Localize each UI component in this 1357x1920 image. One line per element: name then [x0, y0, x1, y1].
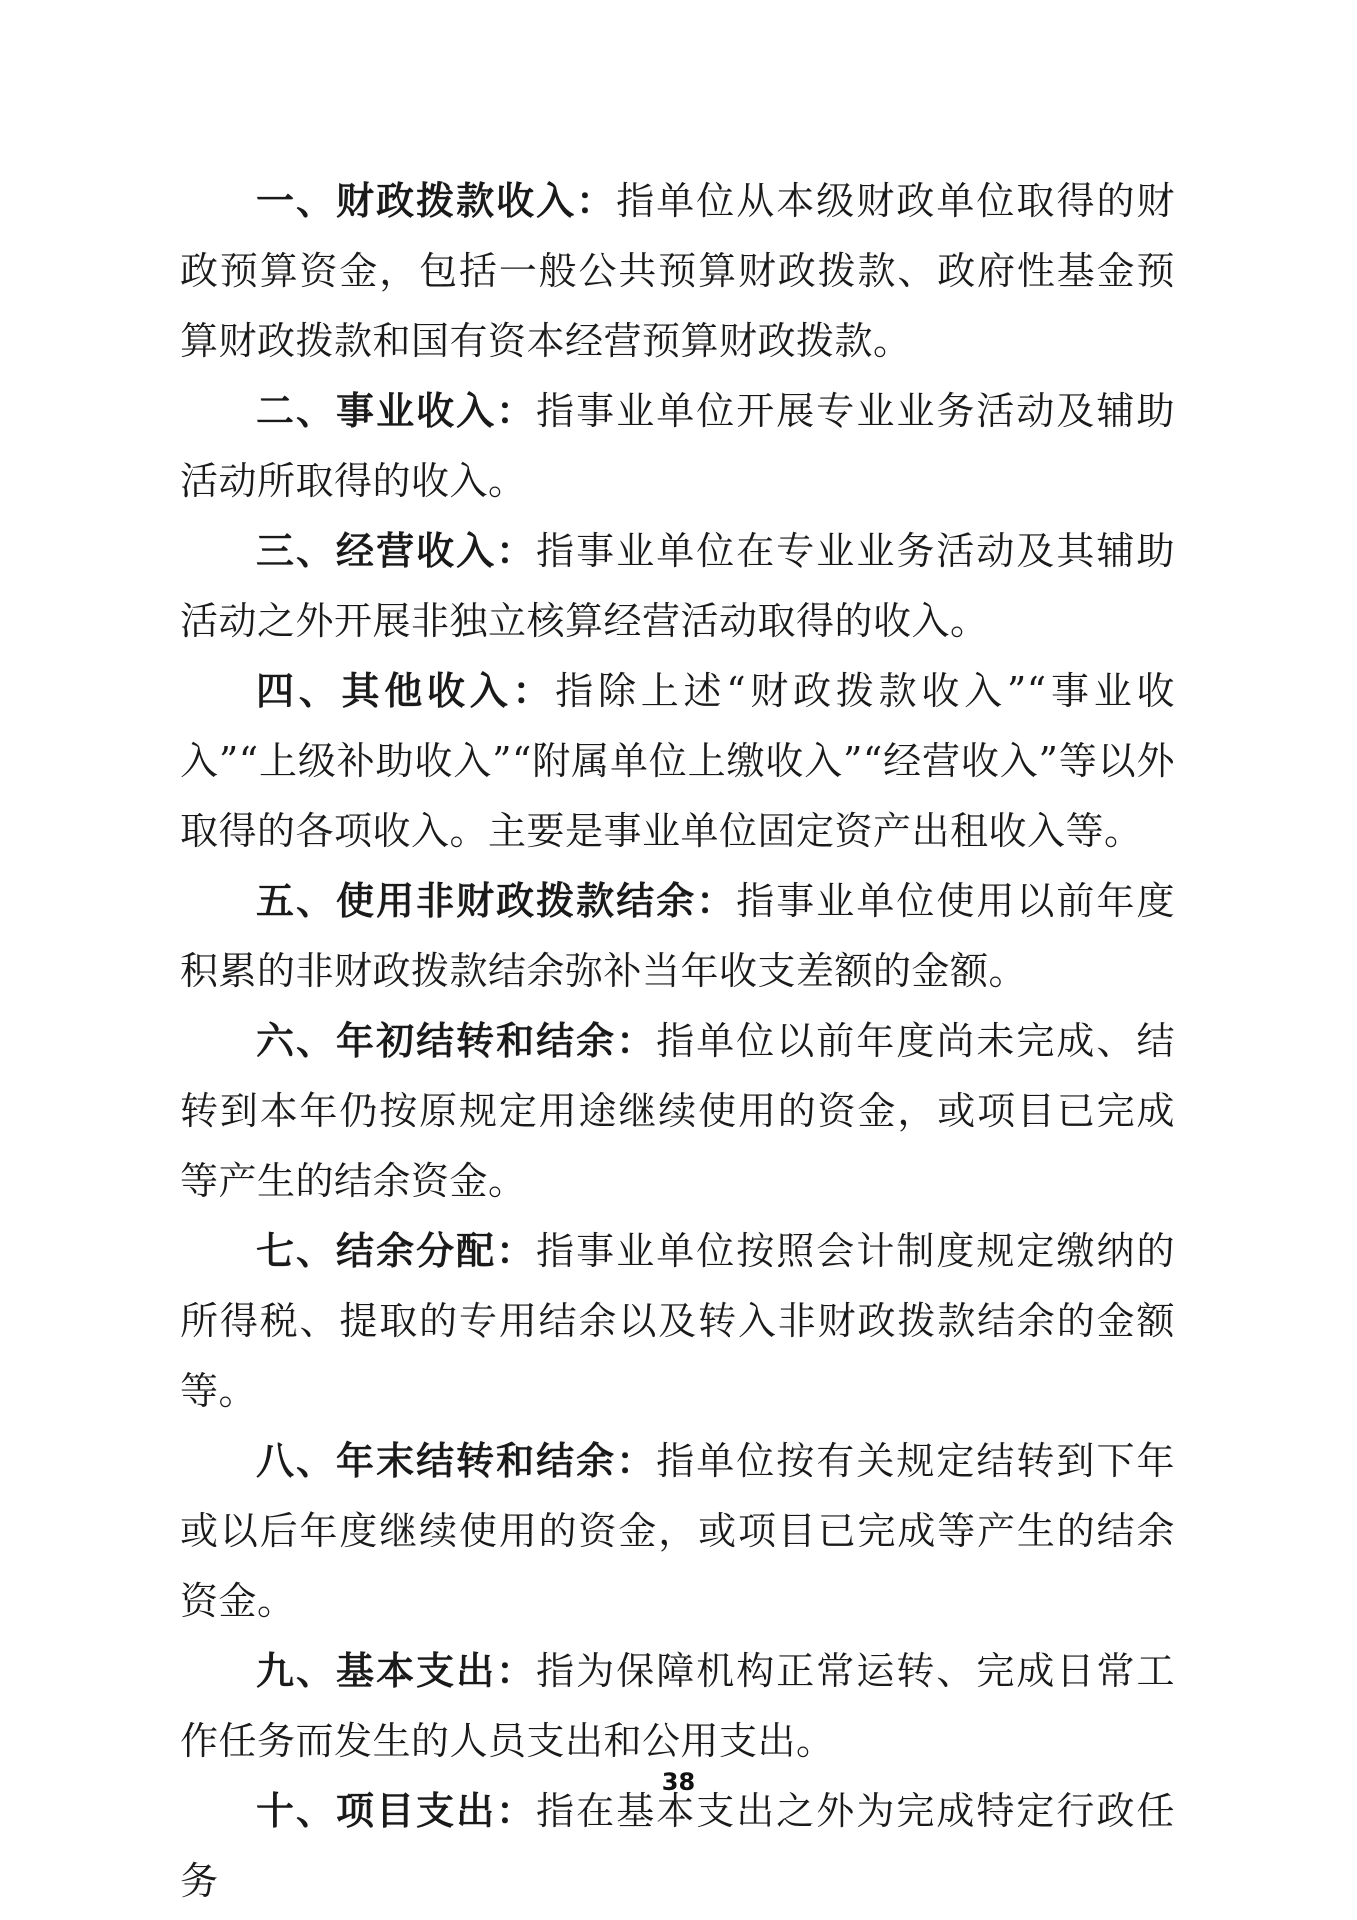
definition-term: 二、事业收入：	[256, 389, 536, 433]
definition-paragraph: 五、使用非财政拨款结余：指事业单位使用以前年度积累的非财政拨款结余弥补当年收支差…	[180, 866, 1175, 1006]
definition-term: 四、其他收入：	[256, 669, 555, 713]
document-page: 一、财政拨款收入：指单位从本级财政单位取得的财政预算资金，包括一般公共预算财政拨…	[0, 0, 1357, 1920]
definition-term: 五、使用非财政拨款结余：	[256, 879, 736, 923]
definition-term: 六、年初结转和结余：	[256, 1019, 656, 1063]
page-number: 38	[0, 1768, 1357, 1796]
definition-paragraph: 七、结余分配：指事业单位按照会计制度规定缴纳的所得税、提取的专用结余以及转入非财…	[180, 1216, 1175, 1426]
definition-term: 八、年末结转和结余：	[256, 1439, 656, 1483]
definition-paragraph: 四、其他收入：指除上述“财政拨款收入”“事业收入”“上级补助收入”“附属单位上缴…	[180, 656, 1175, 866]
definition-paragraph: 一、财政拨款收入：指单位从本级财政单位取得的财政预算资金，包括一般公共预算财政拨…	[180, 166, 1175, 376]
definition-paragraph: 二、事业收入：指事业单位开展专业业务活动及辅助活动所取得的收入。	[180, 376, 1175, 516]
definition-term: 九、基本支出：	[256, 1649, 536, 1693]
definition-term: 一、财政拨款收入：	[256, 179, 616, 223]
definition-paragraph: 九、基本支出：指为保障机构正常运转、完成日常工作任务而发生的人员支出和公用支出。	[180, 1636, 1175, 1776]
definition-term: 七、结余分配：	[256, 1229, 536, 1273]
definition-paragraph: 六、年初结转和结余：指单位以前年度尚未完成、结转到本年仍按原规定用途继续使用的资…	[180, 1006, 1175, 1216]
page-body-text: 一、财政拨款收入：指单位从本级财政单位取得的财政预算资金，包括一般公共预算财政拨…	[180, 166, 1175, 1916]
definition-paragraph: 十、项目支出：指在基本支出之外为完成特定行政任务	[180, 1776, 1175, 1916]
definition-paragraph: 八、年末结转和结余：指单位按有关规定结转到下年或以后年度继续使用的资金，或项目已…	[180, 1426, 1175, 1636]
definition-term: 三、经营收入：	[256, 529, 536, 573]
definition-paragraph: 三、经营收入：指事业单位在专业业务活动及其辅助活动之外开展非独立核算经营活动取得…	[180, 516, 1175, 656]
